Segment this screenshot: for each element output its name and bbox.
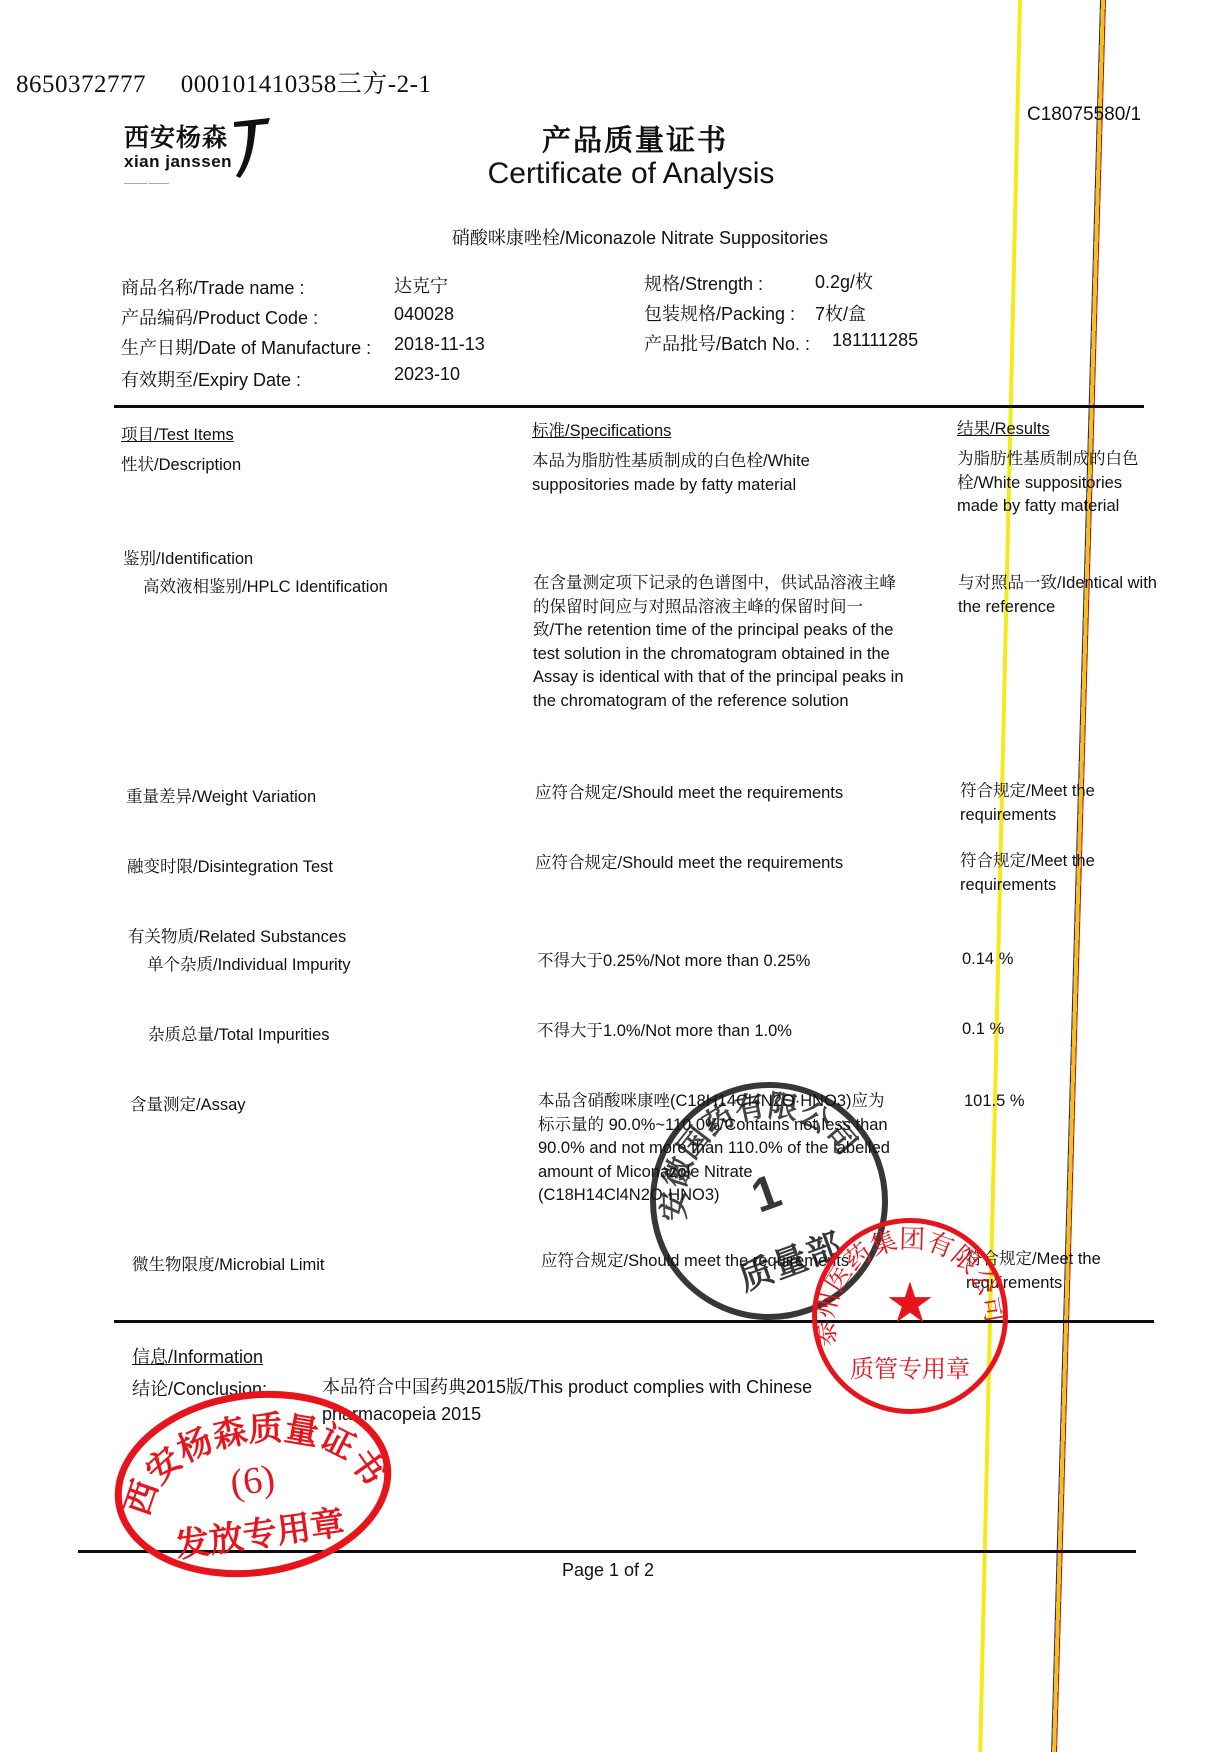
item-weight-variation: 重量差异/Weight Variation <box>126 786 316 810</box>
result-description: 为脂肪性基质制成的白色栓/White suppositories made by… <box>957 448 1147 519</box>
product-code-label: 产品编码/Product Code : <box>121 304 318 330</box>
batch-no-value: 181111285 <box>832 330 918 351</box>
result-total-impurities: 0.1 % <box>962 1018 1004 1042</box>
spec-weight-variation: 应符合规定/Should meet the requirements <box>535 782 843 806</box>
result-weight-variation: 符合规定/Meet the requirements <box>960 780 1130 827</box>
item-microbial-limit: 微生物限度/Microbial Limit <box>132 1254 325 1278</box>
header-results: 结果/Results <box>957 418 1050 442</box>
divider-top <box>114 405 1144 408</box>
spec-disintegration: 应符合规定/Should meet the requirements <box>535 852 843 876</box>
batch-no-label: 产品批号/Batch No. : <box>644 330 810 356</box>
result-individual-impurity: 0.14 % <box>962 948 1013 972</box>
header-test-items: 项目/Test Items <box>121 424 234 448</box>
manufacture-date-value: 2018-11-13 <box>394 334 485 355</box>
header-specifications: 标准/Specifications <box>532 420 671 444</box>
spec-description: 本品为脂肪性基质制成的白色栓/White suppositories made … <box>532 450 832 497</box>
red-company-stamp: 泰州医药集团有限公司 ★ 质管专用章 <box>812 1218 1008 1414</box>
result-assay: 101.5 % <box>964 1090 1025 1114</box>
packing-value: 7枚/盒 <box>815 300 866 326</box>
item-disintegration: 融变时限/Disintegration Test <box>127 856 333 880</box>
conclusion-text: 本品符合中国药典2015版/This product complies with… <box>322 1374 882 1428</box>
strength-value: 0.2g/枚 <box>815 268 873 294</box>
product-info: 商品名称/Trade name : 达克宁 产品编码/Product Code … <box>0 0 1216 400</box>
expiry-date-value: 2023-10 <box>394 364 460 385</box>
trade-name-label: 商品名称/Trade name : <box>121 274 304 300</box>
item-description: 性状/Description <box>121 454 241 478</box>
item-individual-impurity: 单个杂质/Individual Impurity <box>147 954 351 978</box>
product-code-value: 040028 <box>394 304 454 325</box>
red-stamp-bottom: 质管专用章 <box>817 1349 1003 1384</box>
spec-individual-impurity: 不得大于0.25%/Not more than 0.25% <box>537 950 810 974</box>
item-related-substances: 有关物质/Related Substances <box>128 926 346 950</box>
item-total-impurities: 杂质总量/Total Impurities <box>148 1024 330 1048</box>
item-identification: 鉴别/Identification <box>123 548 253 572</box>
spec-total-impurities: 不得大于1.0%/Not more than 1.0% <box>537 1020 792 1044</box>
result-identification: 与对照品一致/Identical with the reference <box>958 572 1158 619</box>
manufacture-date-label: 生产日期/Date of Manufacture : <box>121 334 371 360</box>
strength-label: 规格/Strength : <box>644 270 763 296</box>
packing-label: 包装规格/Packing : <box>644 300 795 326</box>
information-heading: 信息/Information <box>132 1346 263 1370</box>
item-hplc-identification: 高效液相鉴别/HPLC Identification <box>143 576 388 600</box>
trade-name-value: 达克宁 <box>394 272 448 298</box>
result-disintegration: 符合规定/Meet the requirements <box>960 850 1130 897</box>
item-assay: 含量测定/Assay <box>130 1094 246 1118</box>
expiry-date-label: 有效期至/Expiry Date : <box>121 366 301 392</box>
star-icon: ★ <box>817 1273 1003 1333</box>
spec-identification: 在含量测定项下记录的色谱图中，供试品溶液主峰的保留时间应与对照品溶液主峰的保留时… <box>533 572 905 713</box>
